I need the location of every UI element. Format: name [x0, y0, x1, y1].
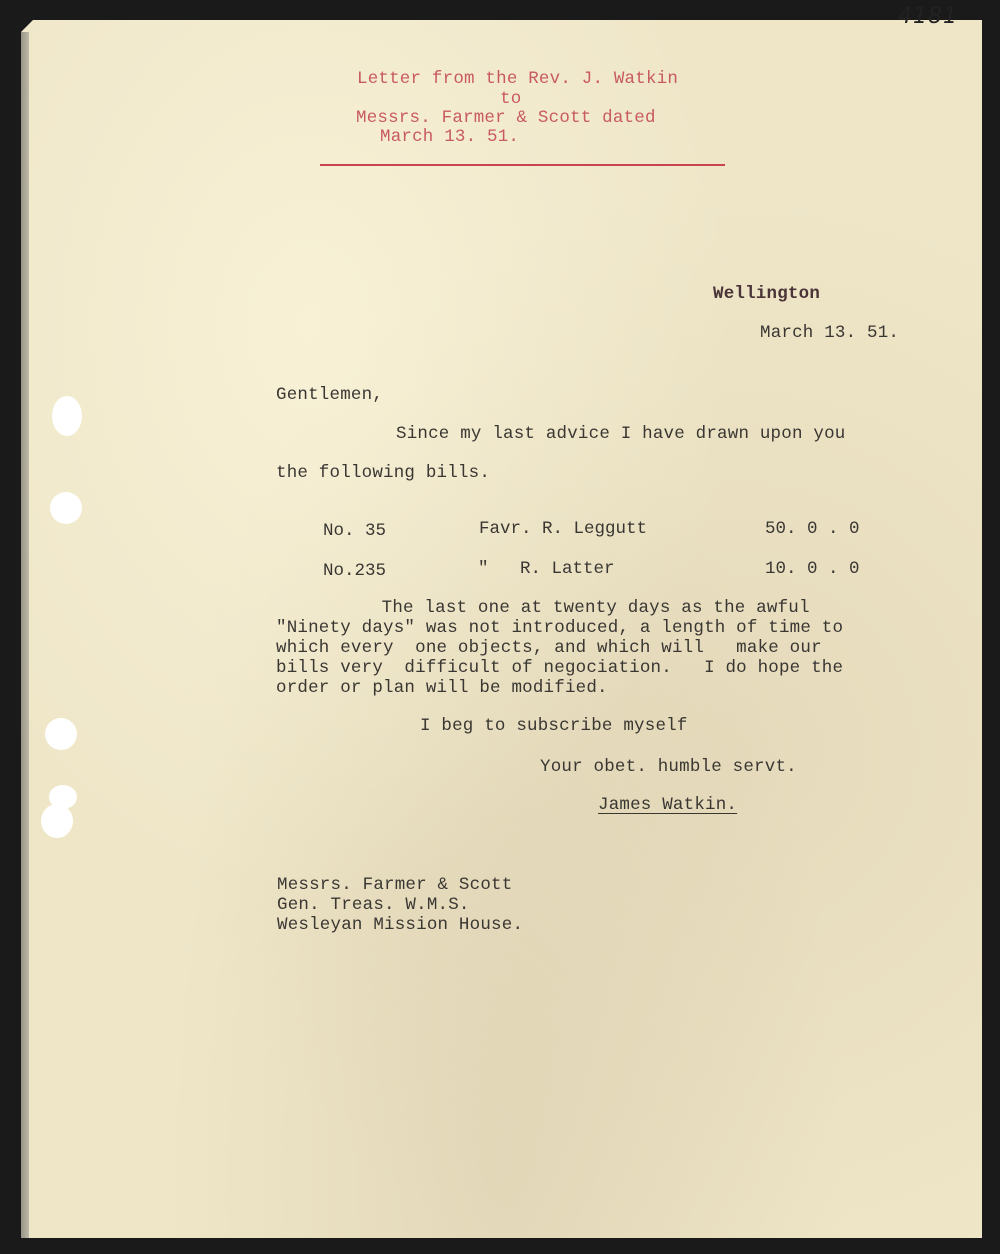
header-note-line: Letter from the Rev. J. Watkin: [357, 69, 678, 90]
address-line: Gen. Treas. W.M.S.: [277, 895, 470, 916]
bill-payee: " R. Latter: [478, 559, 615, 579]
body-line: bills very difficult of negociation. I d…: [276, 658, 843, 679]
body-line: The last one at twenty days as the awful: [296, 598, 810, 619]
punch-hole: [52, 396, 82, 436]
closing-line: I beg to subscribe myself: [420, 716, 688, 737]
header-rule: [320, 164, 725, 166]
closing-line: Your obet. humble servt.: [540, 757, 797, 778]
header-note-line: Messrs. Farmer & Scott dated: [356, 108, 656, 129]
signature: James Watkin.: [598, 795, 737, 816]
address-line: Wesleyan Mission House.: [277, 915, 523, 936]
body-line: order or plan will be modified.: [276, 678, 608, 699]
punch-hole: [41, 804, 73, 838]
header-note-line: to: [500, 89, 521, 110]
letter-date: March 13. 51.: [760, 323, 899, 344]
bill-amount: 50. 0 . 0: [765, 519, 860, 539]
intro-line: the following bills.: [276, 463, 490, 484]
body-line: which every one objects, and which will …: [276, 638, 822, 659]
bill-number: No. 35: [323, 521, 386, 541]
bill-amount: 10. 0 . 0: [765, 559, 860, 579]
bill-payee: Favr. R. Leggutt: [479, 519, 647, 539]
address-line: Messrs. Farmer & Scott: [277, 875, 512, 896]
catalog-number: 4181: [898, 4, 958, 29]
letter-place: Wellington: [713, 284, 820, 305]
salutation: Gentlemen,: [276, 385, 383, 406]
header-note-line: March 13. 51.: [380, 127, 519, 148]
paper-left-edge: [21, 32, 29, 1238]
intro-line: Since my last advice I have drawn upon y…: [396, 424, 845, 445]
punch-hole: [45, 718, 77, 750]
body-line: "Ninety days" was not introduced, a leng…: [276, 618, 843, 639]
punch-hole: [50, 492, 82, 524]
bill-number: No.235: [323, 561, 386, 581]
